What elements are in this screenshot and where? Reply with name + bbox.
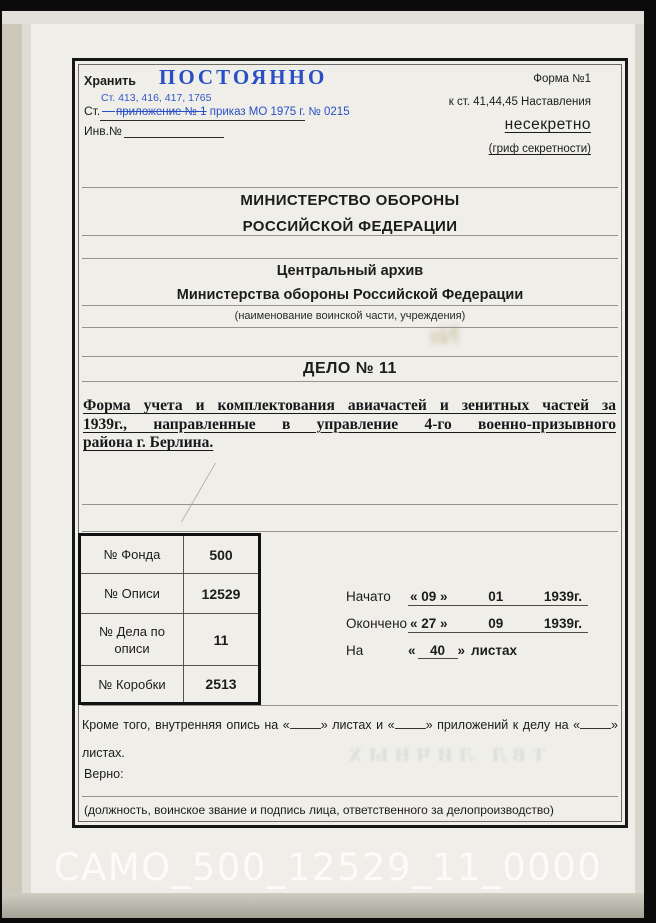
korobka-label: № Коробки xyxy=(81,665,183,702)
sheet-count-row: На «40»листах xyxy=(346,643,588,659)
verified-label: Верно: xyxy=(84,767,124,781)
rule-ministry-bottom xyxy=(82,235,618,236)
addendum-blank3 xyxy=(580,717,611,729)
opis-label: № Описи xyxy=(81,573,183,613)
archive-line1: Центральный архив xyxy=(82,263,618,279)
unit-name-caption: (наименование воинской части, учреждения… xyxy=(82,310,618,322)
date-started-year: 1939г. xyxy=(544,589,582,604)
opis-value: 12529 xyxy=(183,573,258,613)
paper-edge-bottom xyxy=(2,893,644,918)
date-finished-day: « 27 » xyxy=(410,616,448,631)
ministry-line2: РОССИЙСКОЙ ФЕДЕРАЦИИ xyxy=(82,218,618,235)
keep-label: Хранить xyxy=(84,74,136,88)
manual-reference: к ст. 41,44,45 Наставления xyxy=(449,96,591,108)
archive-reference-table: № Фонда 500 № Описи 12529 № Дела по опис… xyxy=(78,533,261,705)
date-finished-line: « 27 » 09 1939г. xyxy=(408,616,588,633)
case-number: ДЕЛО № 11 xyxy=(82,360,618,378)
sheet-close-quote: » xyxy=(458,643,466,658)
article-fill-line xyxy=(100,120,305,121)
addendum-blank1 xyxy=(290,717,321,729)
delo-po-opisi-label: № Дела по описи xyxy=(81,613,183,665)
sheet-open-quote: « xyxy=(408,643,416,658)
rule-unit-caption-bottom xyxy=(82,327,618,328)
korobka-value: 2513 xyxy=(183,665,258,702)
sheet-count-label: На xyxy=(346,643,408,659)
addendum-part2: » листах и « xyxy=(321,718,395,732)
addendum-blank2 xyxy=(395,717,426,729)
case-title-line2: 1939г., направленные в управление 4-го в… xyxy=(83,416,616,435)
paper-edge-left xyxy=(2,11,22,918)
delo-po-opisi-value: 11 xyxy=(183,613,258,665)
secrecy-caption: (гриф секретности) xyxy=(489,143,591,155)
case-title: Форма учета и комплектования авиачастей … xyxy=(83,397,616,453)
article-field-label: Ст. xyxy=(84,104,100,118)
addendum-part3: » приложений к делу на « xyxy=(426,718,580,732)
paper-edge-top xyxy=(2,11,644,24)
order-text: приказ МО 1975 г. № 0215 xyxy=(207,106,350,118)
paper-edge-right xyxy=(635,11,644,918)
rule-title-bottom xyxy=(82,504,618,505)
form-frame: Хранить ПОСТОЯННО Ст. 413, 416, 417, 176… xyxy=(72,58,628,828)
scanned-archive-cover: № ТВЛ ЛИЧНЫХ Хранить ПОСТОЯННО Ст. 413, … xyxy=(0,0,656,923)
rule-table-bottom xyxy=(82,705,618,706)
signature-caption: (должность, воинское звание и подпись ли… xyxy=(84,803,554,817)
paper-edge-left-inner xyxy=(22,11,31,918)
rule-header-bottom xyxy=(82,187,618,188)
date-started-row: Начато « 09 » 01 1939г. xyxy=(346,589,588,606)
fond-value: 500 xyxy=(183,536,258,573)
date-started-label: Начато xyxy=(346,589,408,606)
case-title-line1: Форма учета и комплектования авиачастей … xyxy=(83,397,616,416)
form-number: Форма №1 xyxy=(533,73,591,85)
case-title-line3: района г. Берлина. xyxy=(83,434,616,453)
rule-table-top xyxy=(82,531,618,532)
date-finished-label: Окончено xyxy=(346,616,408,633)
date-finished-month: 09 xyxy=(488,616,503,631)
date-started-month: 01 xyxy=(488,589,503,604)
date-finished-year: 1939г. xyxy=(544,616,582,631)
sheet-count-value: 40 xyxy=(418,643,458,659)
archive-line2: Министерства обороны Российской Федераци… xyxy=(82,287,618,303)
rule-spacer xyxy=(82,258,618,259)
articles-note: Ст. 413, 416, 417, 1765 xyxy=(101,92,211,104)
date-started-line: « 09 » 01 1939г. xyxy=(408,589,588,606)
sheet-suffix: листах xyxy=(471,643,517,658)
inventory-fill-line xyxy=(124,137,224,138)
permanent-stamp: ПОСТОЯННО xyxy=(159,65,327,90)
order-reference-line: приложение № 1 приказ МО 1975 г. № 0215 xyxy=(102,106,350,118)
addendum-part1: Кроме того, внутренняя опись на « xyxy=(82,718,290,732)
fond-label: № Фонда xyxy=(81,536,183,573)
digitization-watermark: САМО_500_12529_11_0000 xyxy=(54,846,603,889)
rule-unit-name xyxy=(82,305,618,306)
rule-case-bottom xyxy=(82,381,618,382)
ministry-line1: МИНИСТЕРСТВО ОБОРОНЫ xyxy=(82,192,618,209)
inventory-label: Инв.№ xyxy=(84,124,122,138)
rule-signature xyxy=(82,796,618,797)
date-finished-row: Окончено « 27 » 09 1939г. xyxy=(346,616,588,633)
addendum-paragraph: Кроме того, внутренняя опись на «» листа… xyxy=(82,711,618,767)
rule-case-top xyxy=(82,356,618,357)
strike-dash xyxy=(102,111,115,112)
date-started-day: « 09 » xyxy=(410,589,448,604)
secrecy-level: несекретно xyxy=(505,116,591,134)
struck-text: приложение № 1 xyxy=(116,106,207,118)
